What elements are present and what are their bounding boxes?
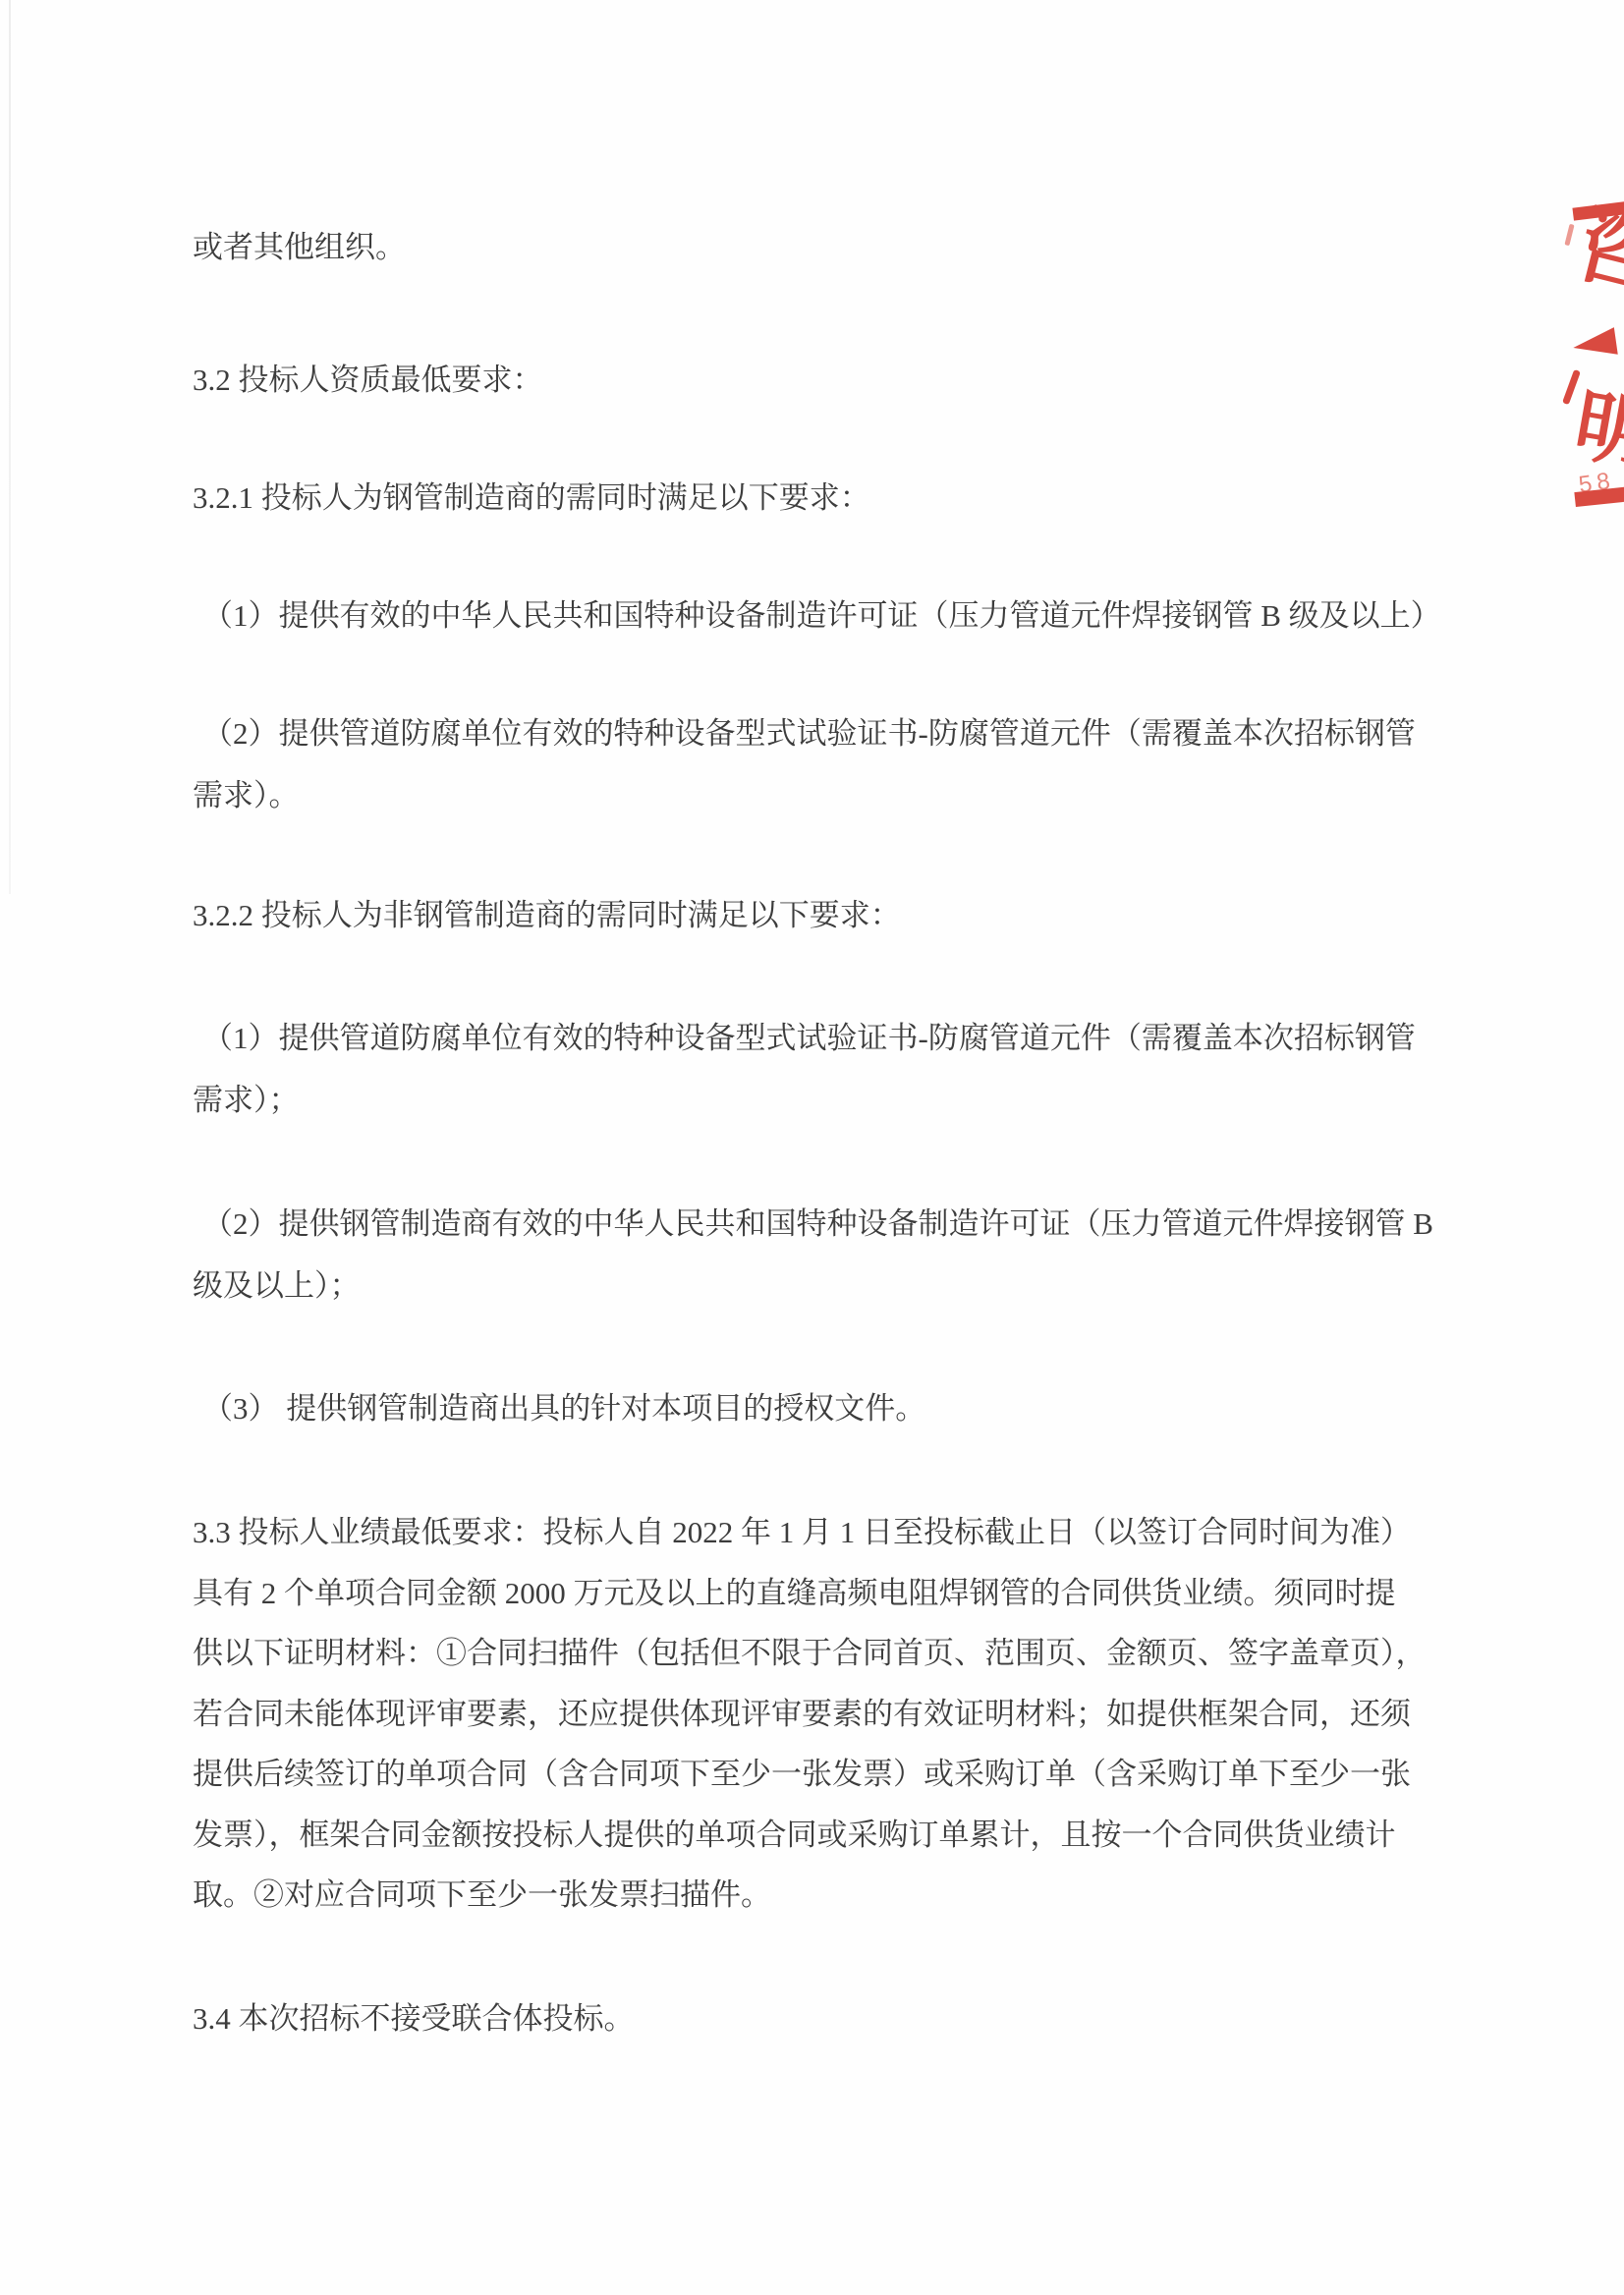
text-line: 需求）； [193,1069,1419,1131]
text-line: 级及以上）； [193,1255,1419,1316]
paragraph: 或者其他组织。 [193,216,1419,278]
paragraph: （3） 提供钢管制造商出具的针对本项目的授权文件。 [193,1377,1419,1439]
text-line: 或者其他组织。 [193,216,1419,278]
paragraph: （1）提供有效的中华人民共和国特种设备制造许可证（压力管道元件焊接钢管 B 级及… [193,585,1419,646]
paragraph: （2）提供管道防腐单位有效的特种设备型式试验证书-防腐管道元件（需覆盖本次招标钢… [193,702,1419,826]
stamp-bar-icon [1574,486,1624,507]
text-line: 3.2.2 投标人为非钢管制造商的需同时满足以下要求： [193,884,1419,946]
paragraph: （1）提供管道防腐单位有效的特种设备型式试验证书-防腐管道元件（需覆盖本次招标钢… [193,1007,1419,1131]
text-line: 3.3 投标人业绩最低要求：投标人自 2022 年 1 月 1 日至投标截止日（… [193,1502,1419,1563]
stamp-triangle-icon [1571,327,1617,361]
paragraph: 3.3 投标人业绩最低要求：投标人自 2022 年 1 月 1 日至投标截止日（… [193,1502,1419,1926]
text-line: 提供后续签订的单项合同（含合同项下至少一张发票）或采购订单（含采购订单下至少一张 [193,1744,1419,1805]
text-line: （3） 提供钢管制造商出具的针对本项目的授权文件。 [193,1377,1419,1439]
text-line: 供以下证明材料：①合同扫描件（包括但不限于合同首页、范围页、金额页、签字盖章页）… [193,1623,1419,1684]
paragraph: 3.2.1 投标人为钢管制造商的需同时满足以下要求： [193,467,1419,529]
text-line: （2）提供管道防腐单位有效的特种设备型式试验证书-防腐管道元件（需覆盖本次招标钢… [193,702,1419,764]
text-line: 需求）。 [193,764,1419,826]
text-line: 取。②对应合同项下至少一张发票扫描件。 [193,1865,1419,1926]
text-line: 具有 2 个单项合同金额 2000 万元及以上的直缝高频电阻焊钢管的合同供货业绩… [193,1563,1419,1624]
text-line: 3.4 本次招标不接受联合体投标。 [193,1987,1419,2049]
scan-artifact-line [9,0,11,894]
red-stamp: 咨 明 58 [1567,196,1624,521]
stamp-digits: 58 [1577,468,1616,500]
paragraph: （2）提供钢管制造商有效的中华人民共和国特种设备制造许可证（压力管道元件焊接钢管… [193,1193,1419,1316]
paragraph: 3.2 投标人资质最低要求： [193,349,1419,411]
stamp-stroke-icon [1562,369,1581,405]
text-line: （1）提供有效的中华人民共和国特种设备制造许可证（压力管道元件焊接钢管 B 级及… [193,585,1419,646]
text-line: 3.2.1 投标人为钢管制造商的需同时满足以下要求： [193,467,1419,529]
stamp-bar-icon [1572,200,1624,220]
document-body: 或者其他组织。3.2 投标人资质最低要求：3.2.1 投标人为钢管制造商的需同时… [193,0,1419,2295]
text-line: （2）提供钢管制造商有效的中华人民共和国特种设备制造许可证（压力管道元件焊接钢管… [193,1193,1419,1255]
text-line: 发票），框架合同金额按投标人提供的单项合同或采购订单累计，且按一个合同供货业绩计 [193,1805,1419,1866]
stamp-character: 明 [1569,387,1624,478]
text-line: （1）提供管道防腐单位有效的特种设备型式试验证书-防腐管道元件（需覆盖本次招标钢… [193,1007,1419,1069]
text-line: 若合同未能体现评审要素，还应提供体现评审要素的有效证明材料；如提供框架合同，还须 [193,1684,1419,1745]
paragraph: 3.4 本次招标不接受联合体投标。 [193,1987,1419,2049]
stamp-character: 咨 [1568,201,1624,304]
stamp-stroke-icon [1564,224,1574,247]
text-line: 3.2 投标人资质最低要求： [193,349,1419,411]
paragraph: 3.2.2 投标人为非钢管制造商的需同时满足以下要求： [193,884,1419,946]
